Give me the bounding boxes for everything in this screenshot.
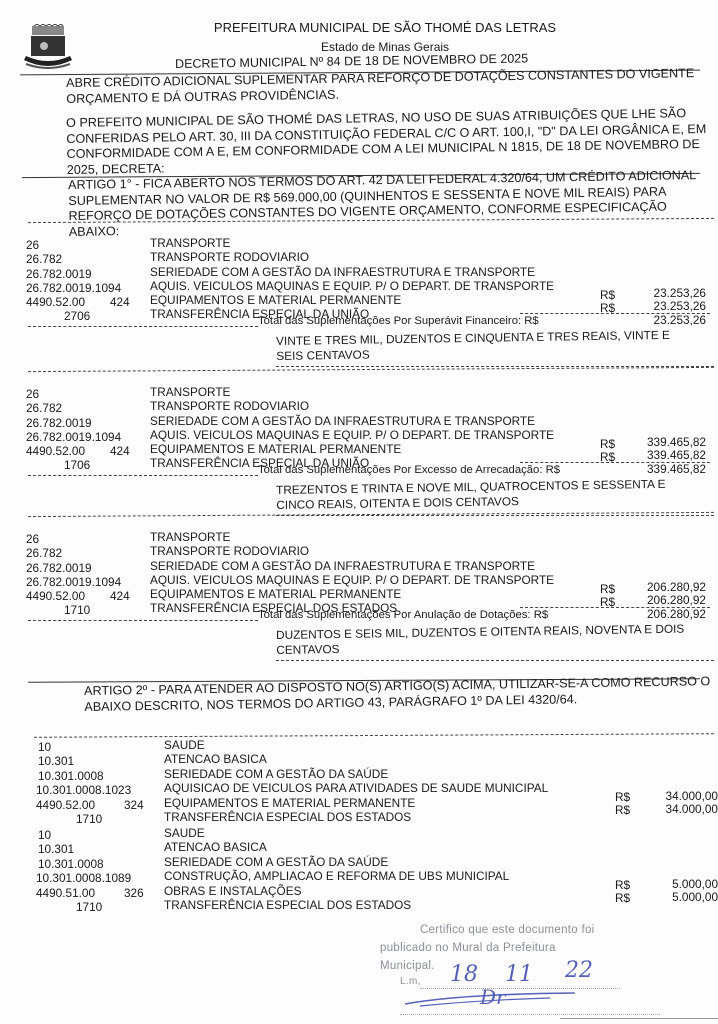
municipality-title: PREFEITURA MUNICIPAL DE SÃO THOMÉ DAS LE… [150,20,620,35]
element-amount: 5.000,00 [628,890,718,904]
project-amount: 206.280,92 [616,580,706,594]
currency-label: R$ [600,288,615,302]
budget-description: AQUIS. VEICULOS MAQUINAS E EQUIP. P/ O D… [150,428,554,442]
handwritten-month: 11 [505,962,533,987]
ementa: ABRE CRÉDITO ADICIONAL SUPLEMENTAR PARA … [66,66,706,107]
budget-code: 1710 [76,812,102,826]
budget-code: 1710 [76,900,102,914]
budget-code: 4490.52.00 [26,295,85,309]
signature-stroke-icon [400,990,580,1012]
decree-title: DECRETO MUNICIPAL Nº 84 DE 18 DE NOVEMBR… [175,51,528,71]
element-amount: 34.000,00 [628,802,718,816]
budget-code: 10 [38,828,51,842]
budget-subcode: 424 [110,295,130,309]
budget-description: SERIEDADE COM A GESTÃO DA SAÚDE [164,855,388,869]
row-divider [28,326,258,327]
budget-code: 10.301.0008 [38,769,104,783]
budget-code: 10.301 [38,754,74,768]
budget-code: 26.782.0019 [26,561,92,575]
stamp-line: Municipal. [380,960,435,972]
element-amount: 206.280,92 [616,593,706,607]
total-amount: 23.253,26 [616,313,706,327]
budget-code: 1706 [64,458,90,472]
budget-description: OBRAS E INSTALAÇÕES [164,884,301,898]
page-edge-line [560,1018,718,1019]
total-label: Total das Suplementações Por Superávit F… [258,315,539,327]
date-underline [420,988,620,989]
budget-description: SAUDE [164,738,205,752]
budget-code: 10.301.0008.1089 [36,871,131,885]
budget-description: TRANSPORTE RODOVIARIO [150,399,309,413]
budget-code: 10.301.0008.1023 [36,783,131,797]
preamble: O PREFEITO MUNICIPAL DE SÃO THOMÉ DAS LE… [66,106,717,178]
budget-code: 26 [26,387,39,401]
budget-code: 4490.52.00 [36,798,95,812]
budget-code: 26.782 [26,401,62,415]
block-bottom-divider [276,660,714,661]
budget-description: SERIEDADE COM A GESTÃO DA SAÚDE [164,767,388,781]
state-subtitle: Estado de Minas Gerais [150,40,620,54]
budget-description: EQUIPAMENTOS E MATERIAL PERMANENTE [150,442,401,456]
budget-description: ATENCAO BASICA [164,752,267,766]
block-top-divider [28,367,714,372]
budget-code: 26.782 [26,546,62,560]
budget-description: AQUISICAO DE VEICULOS PARA ATIVIDADES DE… [164,781,548,795]
budget-code: 2706 [64,309,90,323]
budget-description: TRANSPORTE RODOVIARIO [150,250,309,264]
budget-description: AQUIS. VEICULOS MAQUINAS E EQUIP. P/ O D… [150,573,554,587]
amount-in-words: VINTE E TRES MIL, DUZENTOS E CINQUENTA E… [276,327,696,364]
budget-code: 1710 [64,603,90,617]
budget-code: 26.782 [26,252,62,266]
total-amount: 339.465,82 [616,462,706,476]
row-divider [28,475,258,476]
amount-in-words: DUZENTOS E SEIS MIL, DUZENTOS E OITENTA … [276,621,696,658]
budget-code: 26 [26,532,39,546]
project-amount: 339.465,82 [616,435,706,449]
budget-description: TRANSPORTE [150,385,230,399]
budget-description: TRANSFERÊNCIA ESPECIAL DOS ESTADOS [164,898,411,912]
budget-code: 4490.52.00 [26,444,85,458]
budget-description: EQUIPAMENTOS E MATERIAL PERMANENTE [150,293,401,307]
budget-description: TRANSPORTE [150,530,230,544]
row-divider [28,620,258,621]
total-label: Total das Suplementações Por Excesso de … [258,464,560,476]
budget-description: EQUIPAMENTOS E MATERIAL PERMANENTE [164,796,415,810]
budget-code: 26 [26,238,39,252]
handwritten-day: 18 [450,962,478,987]
element-amount: 23.253,26 [616,299,706,313]
budget-description: SERIEDADE COM A GESTÃO DA INFRAESTRUTURA… [150,414,535,428]
budget-code: 26.782.0019.1094 [26,281,121,295]
budget-description: AQUIS. VEICULOS MAQUINAS E EQUIP. P/ O D… [150,279,554,293]
budget-subcode: 424 [110,444,130,458]
budget-description: TRANSPORTE RODOVIARIO [150,544,309,558]
project-amount: 5.000,00 [628,877,718,891]
budget-description: TRANSPORTE [150,236,230,250]
budget-description: SERIEDADE COM A GESTÃO DA INFRAESTRUTURA… [150,265,535,279]
budget-subcode: 424 [110,589,130,603]
project-amount: 23.253,26 [616,286,706,300]
budget-code: 26.782.0019 [26,267,92,281]
budget-code: 10.301.0008 [38,857,104,871]
budget-code: 10.301 [38,842,74,856]
budget-description: EQUIPAMENTOS E MATERIAL PERMANENTE [150,587,401,601]
budget-description: TRANSFERÊNCIA ESPECIAL DOS ESTADOS [164,810,411,824]
stamp-line: publicado no Mural da Prefeitura [380,942,556,954]
budget-description: CONSTRUÇÃO, AMPLIACAO E REFORMA DE UBS M… [164,869,509,883]
stamp-line: Certifico que este documento foi [420,924,595,936]
budget-subcode: 324 [124,798,144,812]
budget-description: SAUDE [164,826,205,840]
element-amount: 339.465,82 [616,448,706,462]
budget-code: 26.782.0019.1094 [26,575,121,589]
project-amount: 34.000,00 [628,789,718,803]
currency-label: R$ [600,437,615,451]
budget-description: ATENCAO BASICA [164,840,267,854]
budget-code: 4490.51.00 [36,886,95,900]
amount-in-words: TREZENTOS E TRINTA E NOVE MIL, QUATROCEN… [276,476,696,513]
budget-code: 26.782.0019 [26,416,92,430]
total-amount: 206.280,92 [616,607,706,621]
budget-description: SERIEDADE COM A GESTÃO DA INFRAESTRUTURA… [150,559,535,573]
budget-code: 4490.52.00 [26,589,85,603]
handwritten-year: 22 [565,958,593,983]
budget-subcode: 326 [124,886,144,900]
artigo-1: ARTIGO 1° - FICA ABERTO NOS TERMOS DO AR… [68,168,709,240]
reduction-divider [34,733,714,738]
currency-label: R$ [600,582,615,596]
decree-page: PREFEITURA MUNICIPAL DE SÃO THOMÉ DAS LE… [0,0,718,1024]
signature-line [400,1014,660,1015]
budget-code: 26.782.0019.1094 [26,430,121,444]
total-label: Total das Suplementações Por Anulação de… [258,609,548,621]
stamp-place: L.m, [400,976,421,987]
budget-code: 10 [38,740,51,754]
coat-of-arms-icon [22,24,74,72]
